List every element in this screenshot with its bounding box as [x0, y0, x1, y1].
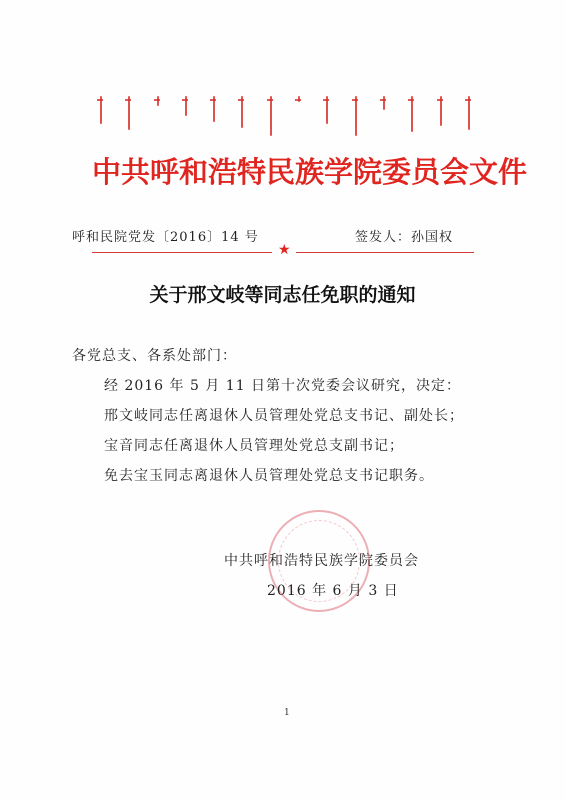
document-title: 关于邢文岐等同志任免职的通知	[0, 280, 565, 307]
paragraph: 邢文岐同志任离退休人员管理处党总支书记、副处长；	[104, 405, 464, 425]
document-number: 呼和民院党发〔2016〕14 号	[72, 226, 259, 245]
red-divider-left	[92, 252, 272, 253]
signature-organization: 中共呼和浩特民族学院委员会	[224, 550, 419, 570]
star-icon: ★	[278, 243, 291, 257]
page-number: 1	[284, 708, 290, 718]
paragraph: 经 2016 年 5 月 11 日第十次党委会议研究，决定：	[104, 375, 461, 395]
mongolian-script-header	[100, 96, 472, 136]
letterhead-title: 中共呼和浩特民族学院委员会文件	[92, 150, 484, 191]
document-page: 中共呼和浩特民族学院委员会文件 呼和民院党发〔2016〕14 号 签发人：孙国权…	[0, 0, 565, 800]
paragraph: 免去宝玉同志离退休人员管理处党总支书记职务。	[104, 465, 434, 485]
signature-date: 2016 年 6 月 3 日	[267, 580, 399, 600]
paragraph: 宝音同志任离退休人员管理处党总支副书记；	[104, 435, 404, 455]
signer: 签发人：孙国权	[355, 226, 453, 245]
salutation: 各党总支、各系处部门：	[72, 345, 237, 365]
red-divider-right	[296, 252, 474, 253]
